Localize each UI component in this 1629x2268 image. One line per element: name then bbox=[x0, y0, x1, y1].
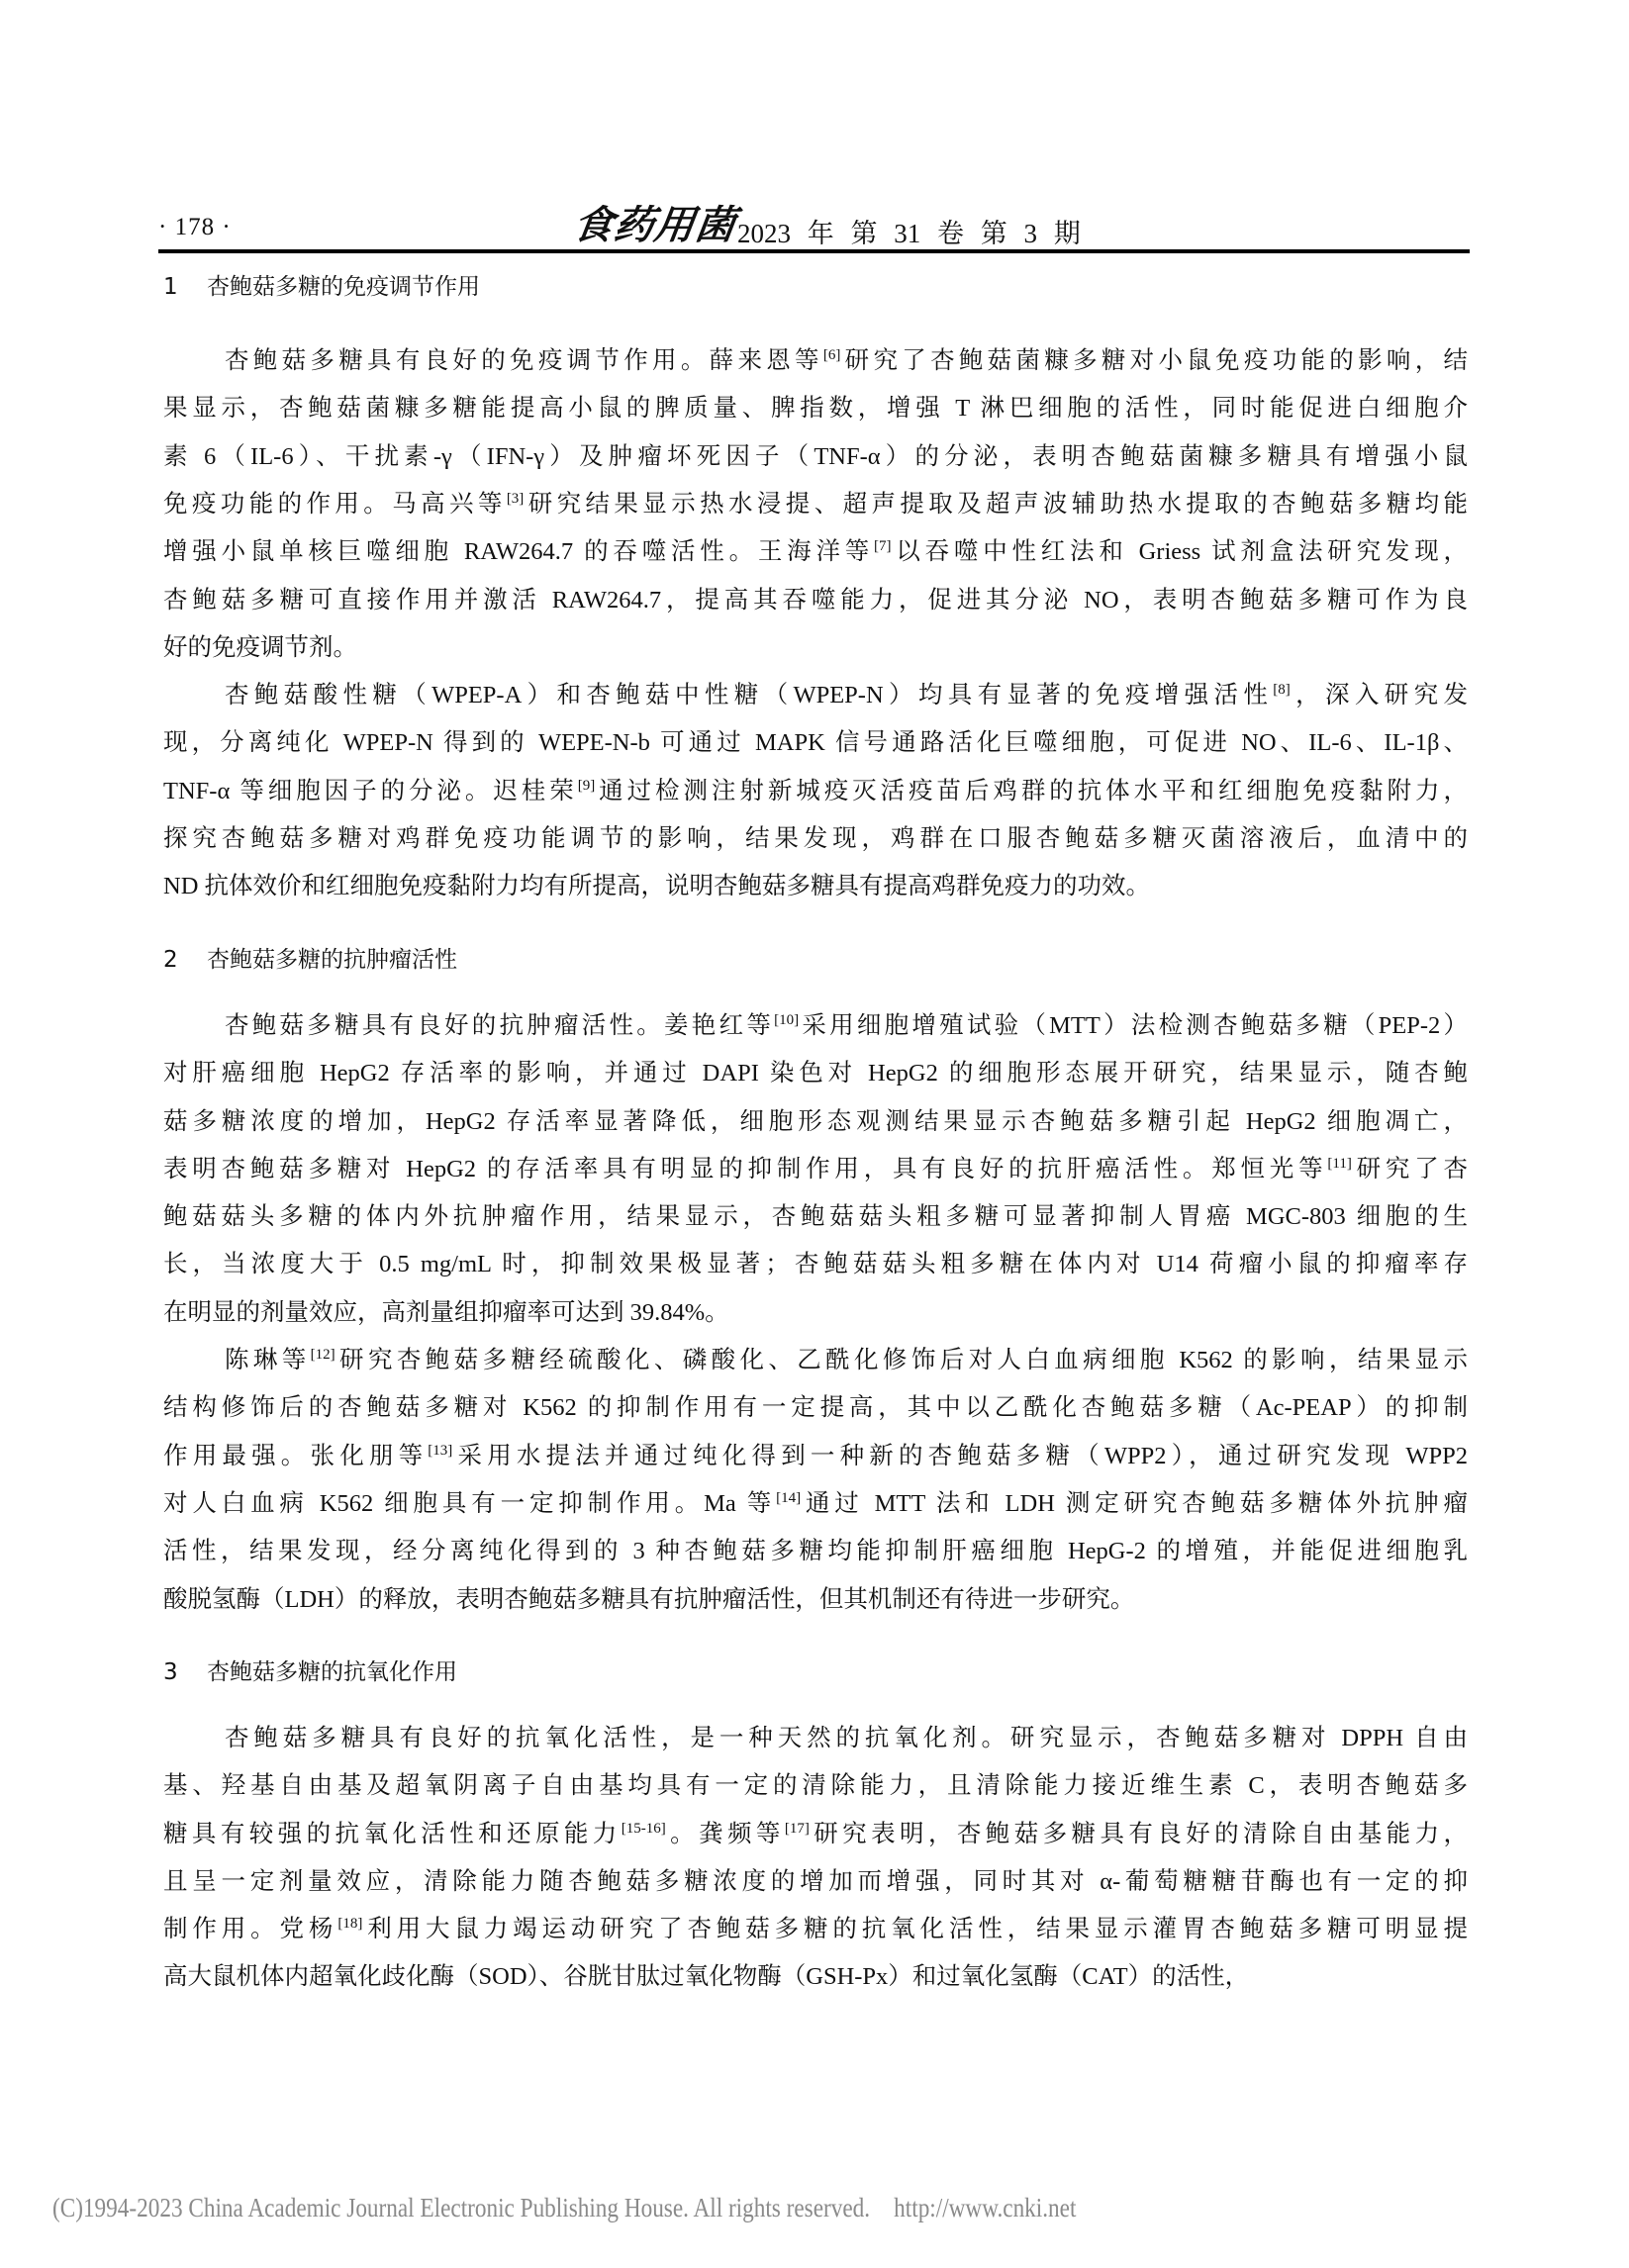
cnki-link[interactable]: http://www.cnki.net bbox=[894, 2193, 1076, 2222]
paragraph-line: 果显示，杏鲍菇菌糠多糖能提高小鼠的脾质量、脾指数，增强 T 淋巴细胞的活性，同时… bbox=[163, 394, 1468, 424]
citation-ref[interactable]: [8] bbox=[1273, 682, 1291, 698]
paragraph-line: 现，分离纯化 WPEP-N 得到的 WEPE-N-b 可通过 MAPK 信号通路… bbox=[163, 728, 1468, 758]
journal-logo: 食药用菌 bbox=[570, 194, 740, 250]
paragraph-line: 杏鲍菇多糖可直接作用并激活 RAW264.7，提高其吞噬能力，促进其分泌 NO，… bbox=[163, 586, 1468, 615]
citation-ref[interactable]: [7] bbox=[874, 538, 892, 554]
paragraph-line: 杏鲍菇酸性糖（WPEP-A）和杏鲍菇中性糖（WPEP-N）均具有显著的免疫增强活… bbox=[225, 681, 1468, 710]
paragraph-line: 对人白血病 K562 细胞具有一定抑制作用。Ma 等[14]通过 MTT 法和 … bbox=[163, 1489, 1468, 1519]
section-heading: 3杏鲍菇多糖的抗氧化作用 bbox=[163, 1657, 457, 1687]
citation-ref[interactable]: [11] bbox=[1327, 1156, 1351, 1172]
citation-ref[interactable]: [14] bbox=[776, 1490, 801, 1506]
issue-info: 2023 年 第 31 卷 第 3 期 bbox=[737, 212, 1081, 250]
paragraph-line: 增强小鼠单核巨噬细胞 RAW264.7 的吞噬活性。王海洋等[7]以吞噬中性红法… bbox=[163, 537, 1468, 567]
citation-ref[interactable]: [12] bbox=[311, 1347, 335, 1363]
paragraph-line: 菇多糖浓度的增加，HepG2 存活率显著降低，细胞形态观测结果显示杏鲍菇多糖引起… bbox=[163, 1107, 1468, 1137]
section-heading: 1杏鲍菇多糖的免疫调节作用 bbox=[163, 272, 480, 302]
paragraph-line: 素 6（IL-6）、干扰素-γ（IFN-γ）及肿瘤坏死因子（TNF-α）的分泌，… bbox=[163, 442, 1468, 472]
section-number: 2 bbox=[163, 945, 207, 975]
page-number: · 178 · bbox=[158, 214, 232, 241]
citation-ref[interactable]: [13] bbox=[428, 1443, 452, 1459]
citation-ref[interactable]: [10] bbox=[774, 1012, 799, 1028]
citation-ref[interactable]: [3] bbox=[507, 491, 525, 507]
copyright-text: (C)1994-2023 China Academic Journal Elec… bbox=[52, 2193, 870, 2222]
section-number: 1 bbox=[163, 272, 207, 302]
citation-ref[interactable]: [18] bbox=[337, 1916, 362, 1932]
section-title: 杏鲍菇多糖的抗肿瘤活性 bbox=[207, 947, 457, 973]
citation-ref[interactable]: [6] bbox=[823, 347, 841, 363]
paragraph-line: 在明显的剂量效应，高剂量组抑瘤率可达到 39.84%。 bbox=[163, 1298, 1468, 1328]
paragraph-line: 高大鼠机体内超氧化歧化酶（SOD）、谷胱甘肽过氧化物酶（GSH-Px）和过氧化氢… bbox=[163, 1962, 1468, 1992]
paragraph-line: 且呈一定剂量效应，清除能力随杏鲍菇多糖浓度的增加而增强，同时其对 α-葡萄糖糖苷… bbox=[163, 1867, 1468, 1897]
paragraph-line: 杏鲍菇多糖具有良好的抗氧化活性，是一种天然的抗氧化剂。研究显示，杏鲍菇多糖对 D… bbox=[225, 1724, 1468, 1753]
paragraph-line: 好的免疫调节剂。 bbox=[163, 633, 1468, 663]
paragraph-line: 制作用。党杨[18]利用大鼠力竭运动研究了杏鲍菇多糖的抗氧化活性，结果显示灌胃杏… bbox=[163, 1915, 1468, 1944]
paragraph-line: 鲍菇菇头多糖的体内外抗肿瘤作用，结果显示，杏鲍菇菇头粗多糖可显著抑制人胃癌 MG… bbox=[163, 1202, 1468, 1232]
paragraph-line: ND 抗体效价和红细胞免疫黏附力均有所提高，说明杏鲍菇多糖具有提高鸡群免疫力的功… bbox=[163, 872, 1468, 901]
section-heading: 2杏鲍菇多糖的抗肿瘤活性 bbox=[163, 945, 457, 975]
paragraph-line: 免疫功能的作用。马高兴等[3]研究结果显示热水浸提、超声提取及超声波辅助热水提取… bbox=[163, 490, 1468, 520]
paragraph-line: 探究杏鲍菇多糖对鸡群免疫功能调节的影响，结果发现，鸡群在口服杏鲍菇多糖灭菌溶液后… bbox=[163, 824, 1468, 854]
paragraph-line: 作用最强。张化朋等[13]采用水提法并通过纯化得到一种新的杏鲍菇多糖（WPP2）… bbox=[163, 1442, 1468, 1471]
paragraph-line: TNF-α 等细胞因子的分泌。迟桂荣[9]通过检测注射新城疫灭活疫苗后鸡群的抗体… bbox=[163, 777, 1468, 806]
paragraph-line: 糖具有较强的抗氧化活性和还原能力[15-16]。龚频等[17]研究表明，杏鲍菇多… bbox=[163, 1820, 1468, 1849]
section-title: 杏鲍菇多糖的免疫调节作用 bbox=[207, 274, 480, 300]
header-rule bbox=[158, 249, 1470, 253]
citation-ref[interactable]: [15-16] bbox=[622, 1821, 666, 1837]
section-number: 3 bbox=[163, 1657, 207, 1687]
paragraph-line: 活性，结果发现，经分离纯化得到的 3 种杏鲍菇多糖均能抑制肝癌细胞 HepG-2… bbox=[163, 1537, 1468, 1566]
paragraph-line: 基、羟基自由基及超氧阴离子自由基均具有一定的清除能力，且清除能力接近维生素 C，… bbox=[163, 1771, 1468, 1801]
running-header: · 178 · 食药用菌 2023 年 第 31 卷 第 3 期 bbox=[158, 194, 1470, 247]
paragraph-line: 对肝癌细胞 HepG2 存活率的影响，并通过 DAPI 染色对 HepG2 的细… bbox=[163, 1059, 1468, 1088]
paragraph-line: 表明杏鲍菇多糖对 HepG2 的存活率具有明显的抑制作用，具有良好的抗肝癌活性。… bbox=[163, 1155, 1468, 1184]
paragraph-line: 结构修饰后的杏鲍菇多糖对 K562 的抑制作用有一定提高，其中以乙酰化杏鲍菇多糖… bbox=[163, 1393, 1468, 1423]
section-title: 杏鲍菇多糖的抗氧化作用 bbox=[207, 1659, 457, 1685]
paragraph-line: 长，当浓度大于 0.5 mg/mL 时，抑制效果极显著；杏鲍菇菇头粗多糖在体内对… bbox=[163, 1250, 1468, 1279]
paragraph-line: 杏鲍菇多糖具有良好的免疫调节作用。薛来恩等[6]研究了杏鲍菇菌糠多糖对小鼠免疫功… bbox=[225, 346, 1468, 376]
paragraph-line: 陈琳等[12]研究杏鲍菇多糖经硫酸化、磷酸化、乙酰化修饰后对人白血病细胞 K56… bbox=[225, 1346, 1468, 1375]
citation-ref[interactable]: [9] bbox=[578, 778, 596, 794]
paragraph-line: 酸脱氢酶（LDH）的释放，表明杏鲍菇多糖具有抗肿瘤活性，但其机制还有待进一步研究… bbox=[163, 1585, 1468, 1615]
paragraph-line: 杏鲍菇多糖具有良好的抗肿瘤活性。姜艳红等[10]采用细胞增殖试验（MTT）法检测… bbox=[225, 1011, 1468, 1041]
copyright-footer: (C)1994-2023 China Academic Journal Elec… bbox=[52, 2193, 1076, 2223]
citation-ref[interactable]: [17] bbox=[785, 1821, 810, 1837]
